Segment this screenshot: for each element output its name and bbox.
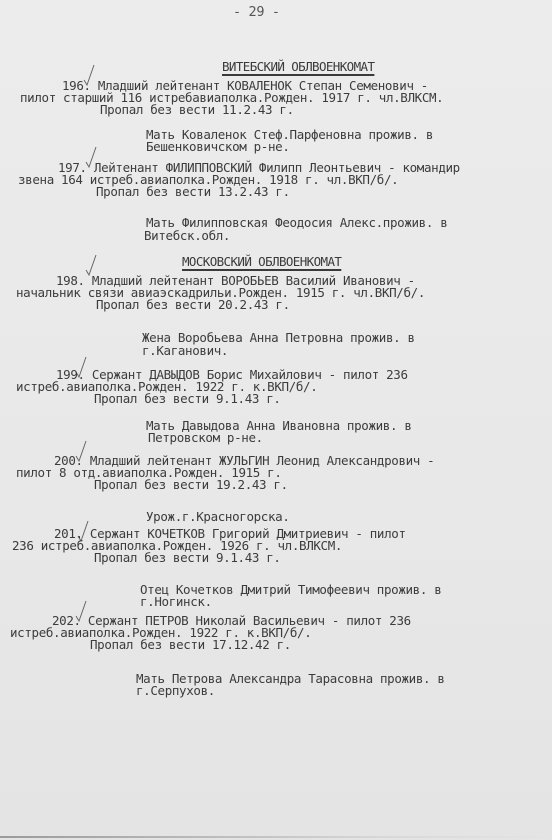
- page-number: - 29 -: [233, 6, 280, 19]
- entry-196-relative-2: Бешенковичском р-не.: [146, 140, 290, 153]
- entry-199-line-3: Пропал без вести 9.1.43 г.: [94, 392, 281, 405]
- entry-200-line-3: Пропал без вести 19.2.43 г.: [94, 478, 288, 491]
- entry-197-line-3: Пропал без вести 13.2.43 г.: [96, 185, 290, 198]
- entry-201-relative-2: г.Ногинск.: [140, 595, 212, 608]
- entry-199-relative-2: Петровском р-не.: [148, 431, 263, 444]
- entry-200-relative-1: Урож.г.Красногорска.: [146, 510, 290, 523]
- entry-202-line-3: Пропал без вести 17.12.42 г.: [90, 638, 291, 651]
- entry-197-relative-2: Витебск.обл.: [144, 229, 230, 242]
- document-page: - 29 - ВИТЕБСКИЙ ОБЛВОЕНКОМАТ 196. Младш…: [0, 0, 552, 840]
- entry-198-line-3: Пропал без вести 20.2.43 г.: [96, 298, 290, 311]
- entry-202-relative-2: г.Серпухов.: [136, 684, 215, 697]
- entry-196-line-3: Пропал без вести 11.2.43 г.: [100, 103, 294, 116]
- entry-198-relative-2: г.Каганович.: [142, 344, 228, 357]
- entry-201-line-3: Пропал без вести 9.1.43 г.: [94, 551, 281, 564]
- section-heading-vitebsk: ВИТЕБСКИЙ ОБЛВОЕНКОМАТ: [222, 60, 374, 73]
- section-heading-moscow: МОСКОВСКИЙ ОБЛВОЕНКОМАТ: [182, 255, 341, 268]
